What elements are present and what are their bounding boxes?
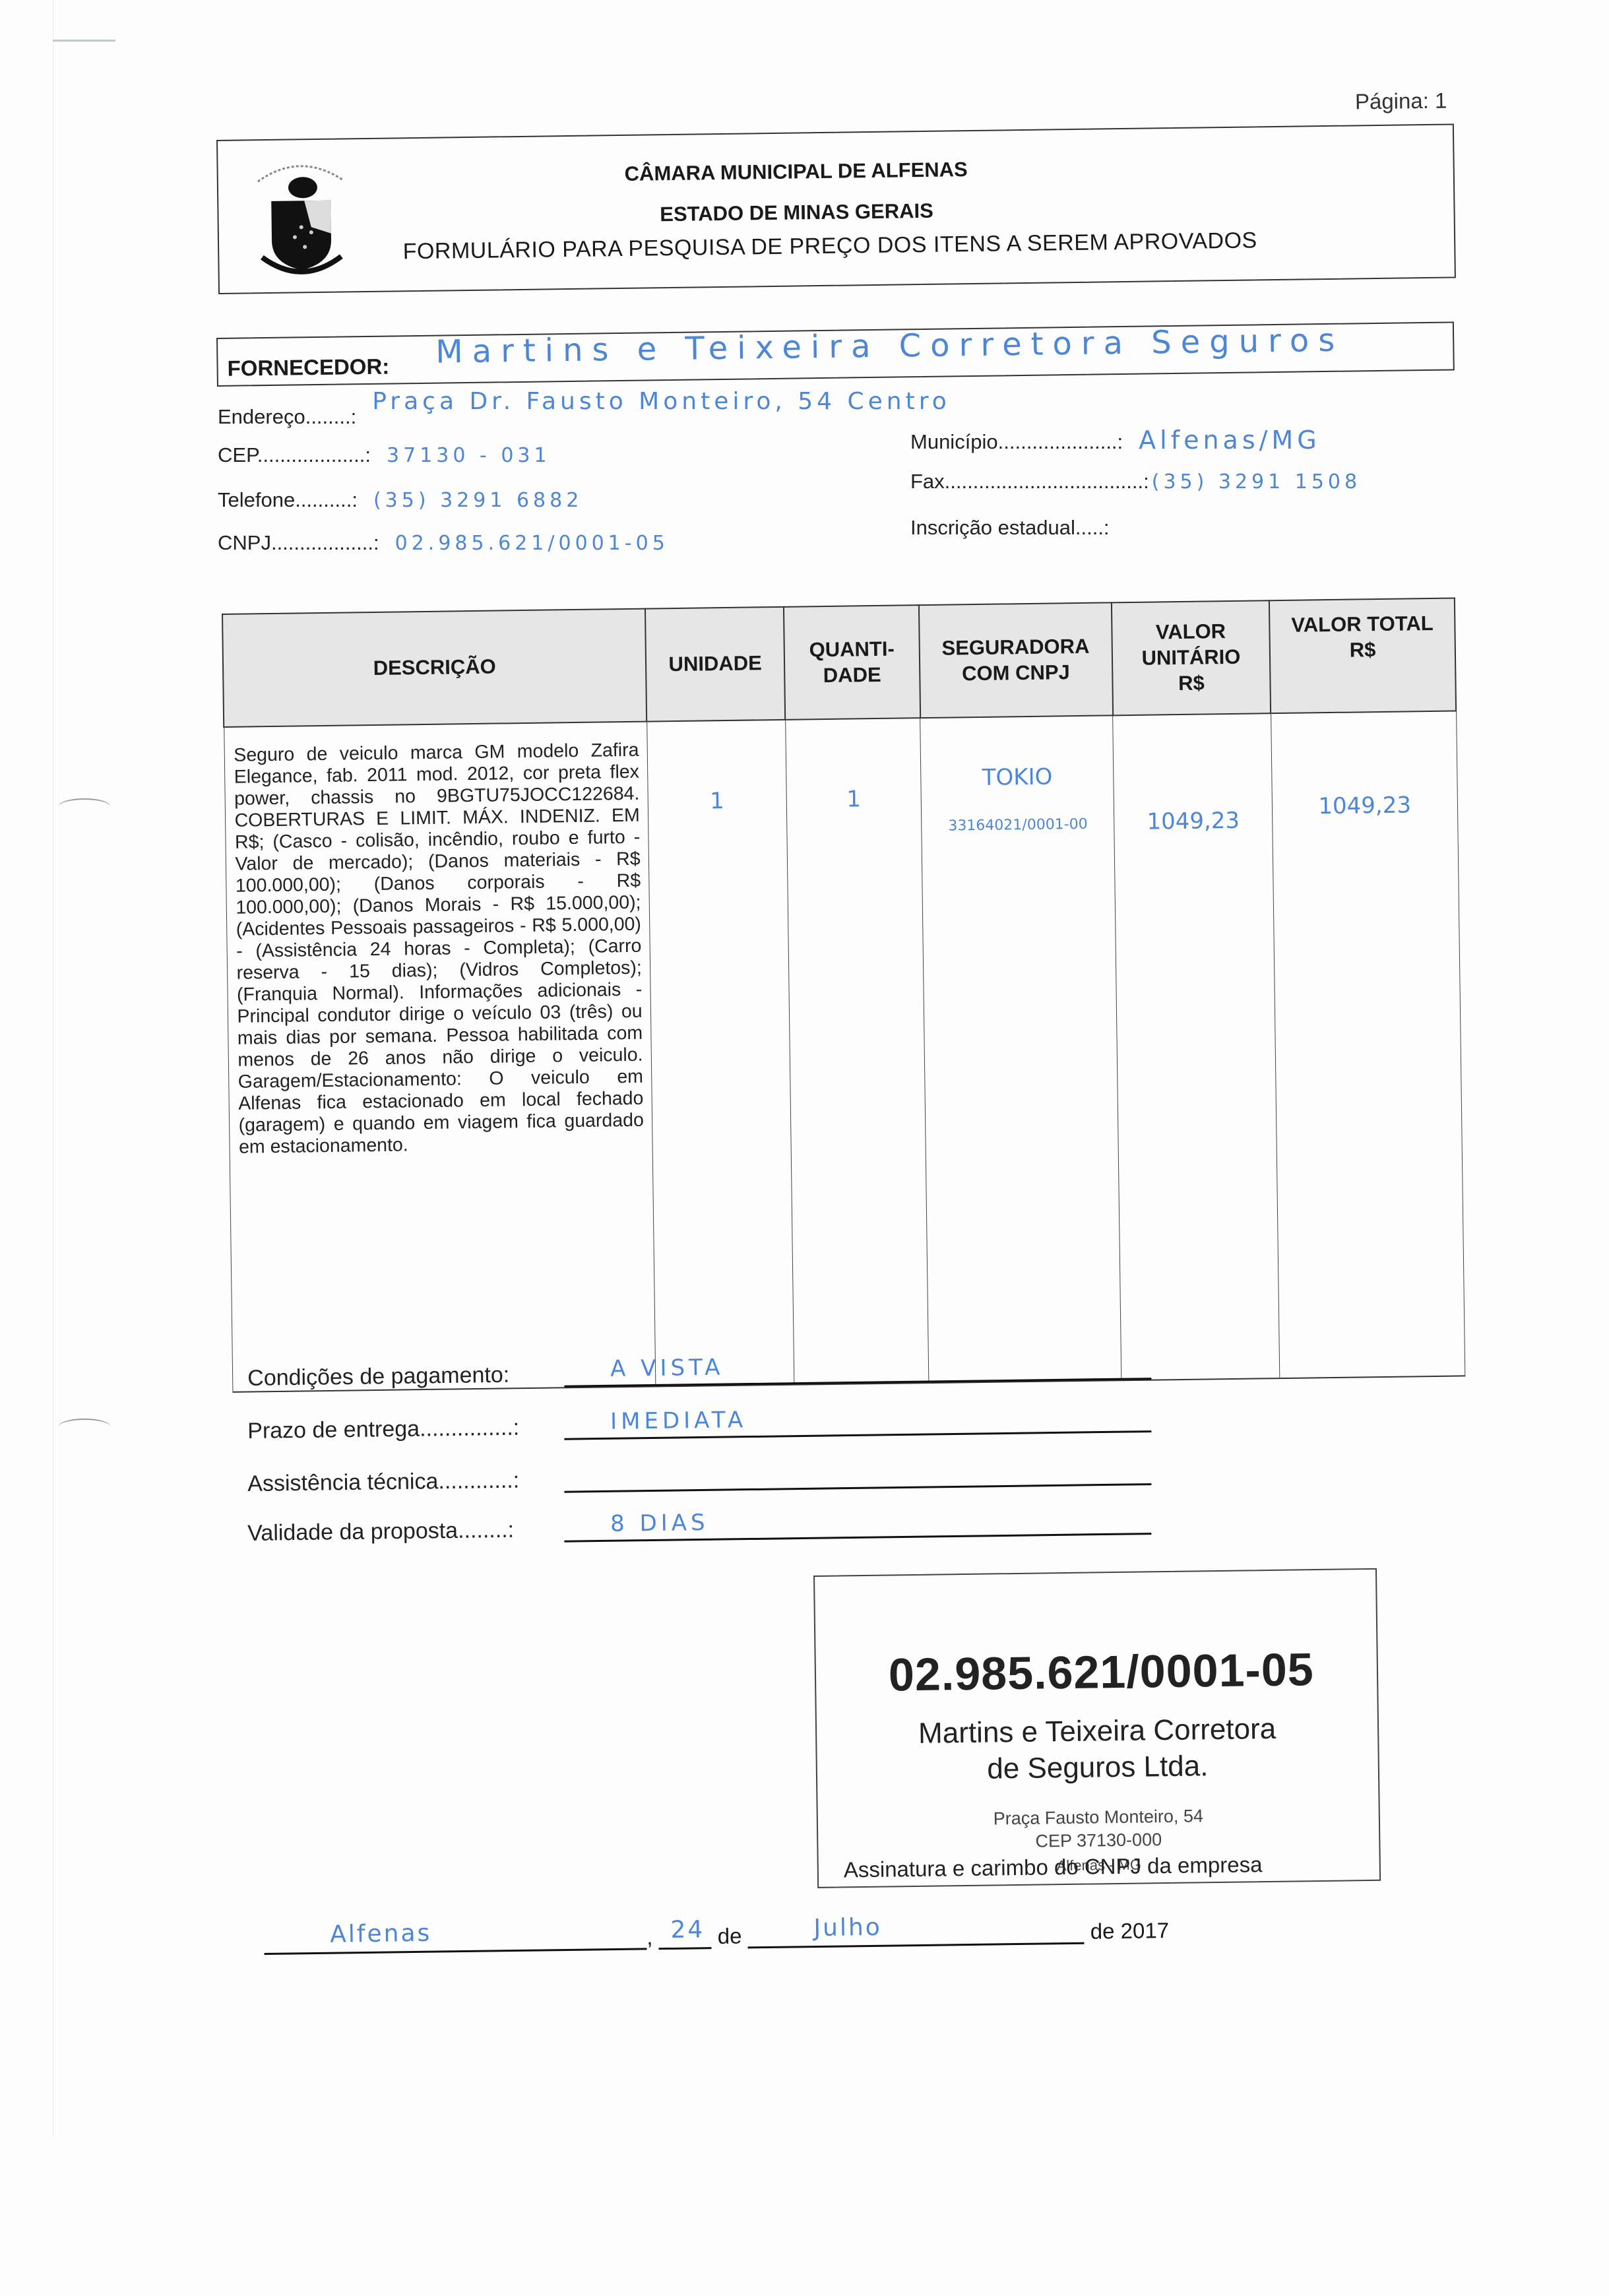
state-title: ESTADO DE MINAS GERAIS [179, 193, 1414, 233]
stamp-company-line2: de Seguros Ltda. [817, 1748, 1379, 1788]
address-field: Endereço........:Praça Dr. Fausto Montei… [218, 402, 951, 430]
scan-artifact [53, 40, 115, 42]
state-registration-label: Inscrição estadual.....: [910, 516, 1110, 539]
payment-conditions-input[interactable]: A VISTA [610, 1355, 724, 1382]
col-header-insurer: SEGURADORA COM CNPJ [919, 602, 1113, 718]
proposal-validity-line[interactable]: 8 DIAS [564, 1509, 1151, 1543]
cnpj-field: CNPJ..................:02.985.621/0001-0… [218, 531, 669, 555]
col-header-unit: UNIDADE [645, 607, 785, 722]
item-unit-cell: 1 [647, 720, 794, 1387]
item-total-value-input[interactable]: 1049,23 [1272, 713, 1457, 821]
proposal-validity-input[interactable]: 8 DIAS [610, 1510, 709, 1537]
phone-label: Telefone..........: [218, 488, 358, 511]
insurer-name: TOKIO [982, 764, 1052, 791]
delivery-term-field: Prazo de entrega...............:IMEDIATA [247, 1406, 1184, 1444]
institution-title: CÂMARA MUNICIPAL DE ALFENAS [179, 152, 1414, 192]
item-unit-input[interactable]: 1 [648, 721, 786, 815]
header-box: Página: 1 CÂMARA MUNICIPAL DE ALFENAS ES… [216, 123, 1456, 294]
supplier-box: FORNECEDOR: Martins e Teixeira Corretora… [216, 321, 1455, 387]
cep-field: CEP...................:37130 - 031 [218, 443, 551, 467]
phone-input[interactable]: (35) 3291 6882 [373, 489, 583, 512]
stamp-cep: CEP 37130-000 [818, 1827, 1379, 1855]
delivery-term-input[interactable]: IMEDIATA [610, 1407, 747, 1435]
address-label: Endereço........: [218, 405, 356, 428]
fax-field: Fax...................................:(… [910, 470, 1361, 494]
delivery-term-line[interactable]: IMEDIATA [564, 1407, 1151, 1440]
municipality-input[interactable]: Alfenas/MG [1139, 426, 1321, 455]
supplier-name-input[interactable]: Martins e Teixeira Corretora Seguros [435, 322, 1344, 371]
city-input[interactable]: Alfenas [330, 1920, 432, 1948]
address-input[interactable]: Praça Dr. Fausto Monteiro, 54 Centro [372, 388, 951, 415]
municipality-field: Município.....................:Alfenas/M… [910, 426, 1321, 455]
item-insurer-input[interactable]: TOKIO 33164021/0001-00 [921, 717, 1113, 835]
signature-caption: Assinatura e carimbo do CNPJ da empresa [844, 1852, 1263, 1882]
city-line[interactable]: Alfenas [264, 1921, 647, 1955]
punch-hole [58, 798, 111, 815]
punch-hole [58, 1419, 111, 1436]
cnpj-label: CNPJ..................: [218, 531, 379, 554]
technical-assistance-line[interactable] [564, 1459, 1151, 1493]
cep-label: CEP...................: [218, 443, 371, 466]
insurer-cnpj: 33164021/0001-00 [922, 815, 1113, 835]
day-line[interactable]: 24 [658, 1921, 712, 1950]
fax-input[interactable]: (35) 3291 1508 [1152, 470, 1361, 494]
item-quantity-cell: 1 [785, 718, 929, 1385]
month-input[interactable]: Julho [813, 1914, 882, 1942]
item-unit-value-input[interactable]: 1049,23 [1114, 715, 1271, 835]
phone-field: Telefone..........:(35) 3291 6882 [218, 488, 583, 512]
cep-input[interactable]: 37130 - 031 [387, 444, 551, 467]
table-row: Seguro de veiculo marca GM modelo Zafira… [224, 711, 1465, 1392]
technical-assistance-label: Assistência técnica............: [247, 1467, 564, 1497]
page-number: Página: 1 [1355, 88, 1447, 115]
col-header-description: DESCRIÇÃO [222, 609, 647, 727]
state-registration-field: Inscrição estadual.....: [910, 516, 1125, 540]
month-line[interactable]: Julho [747, 1916, 1085, 1949]
fax-label: Fax...................................: [910, 470, 1149, 493]
municipality-label: Município.....................: [910, 430, 1123, 453]
form-title: FORMULÁRIO PARA PESQUISA DE PREÇO DOS IT… [212, 226, 1447, 268]
col-header-quantity: QUANTI- DADE [784, 605, 920, 720]
proposal-validity-label: Validade da proposta........: [247, 1517, 564, 1547]
col-header-total-value: VALOR TOTAL R$ [1269, 598, 1456, 714]
item-insurer-cell: TOKIO 33164021/0001-00 [920, 715, 1121, 1383]
date-line: Alfenas, 24 de Julho de 2017 [264, 1914, 1240, 1955]
item-unit-value-cell: 1049,23 [1113, 713, 1280, 1380]
col-header-unit-value: VALOR UNITÁRIO R$ [1112, 600, 1271, 715]
payment-conditions-line[interactable]: A VISTA [564, 1354, 1151, 1387]
scan-page-edge [53, 0, 53, 2138]
signature-stamp-box[interactable]: 02.985.621/0001-05 Martins e Teixeira Co… [813, 1568, 1381, 1888]
item-description: Seguro de veiculo marca GM modelo Zafira… [224, 722, 655, 1392]
cnpj-input[interactable]: 02.985.621/0001-05 [395, 532, 669, 555]
date-de-label: de [718, 1924, 742, 1948]
delivery-term-label: Prazo de entrega...............: [247, 1415, 564, 1444]
year-label: de 2017 [1090, 1918, 1170, 1944]
proposal-validity-field: Validade da proposta........:8 DIAS [247, 1508, 1184, 1547]
payment-conditions-label: Condições de pagamento: [247, 1362, 564, 1391]
table-header-row: DESCRIÇÃO UNIDADE QUANTI- DADE SEGURADOR… [222, 598, 1456, 727]
stamp-cnpj: 02.985.621/0001-05 [888, 1643, 1314, 1701]
supplier-label: FORNECEDOR: [227, 354, 389, 381]
item-quantity-input[interactable]: 1 [786, 719, 921, 813]
items-table: DESCRIÇÃO UNIDADE QUANTI- DADE SEGURADOR… [222, 598, 1465, 1393]
technical-assistance-field: Assistência técnica............: [247, 1459, 1184, 1497]
item-total-value-cell: 1049,23 [1271, 711, 1465, 1379]
stamp-company-line1: Martins e Teixeira Corretora [817, 1711, 1378, 1752]
day-input[interactable]: 24 [670, 1916, 705, 1944]
